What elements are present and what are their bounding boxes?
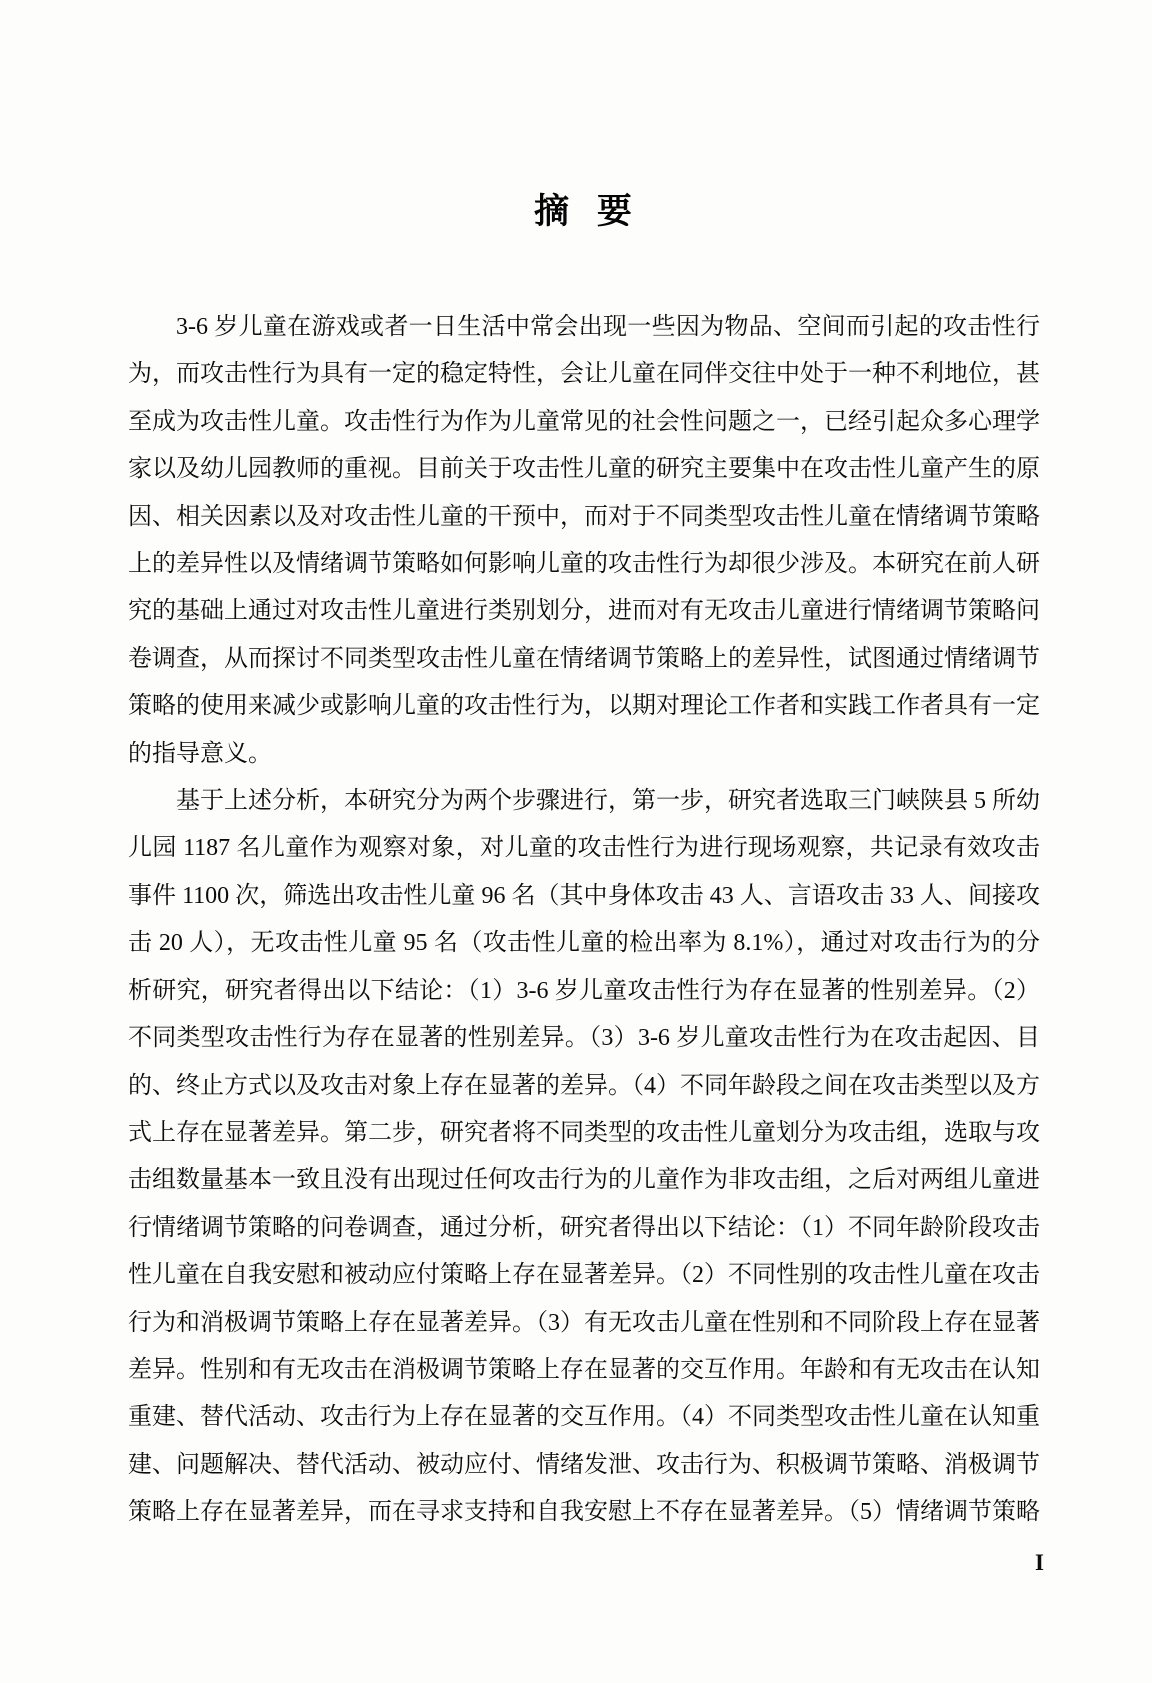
abstract-paragraph-1: 3-6 岁儿童在游戏或者一日生活中常会出现一些因为物品、空间而引起的攻击性行为，… bbox=[128, 304, 1040, 778]
page-title: 摘 要 bbox=[128, 192, 1040, 232]
abstract-paragraph-2: 基于上述分析，本研究分为两个步骤进行，第一步，研究者选取三门峡陕县 5 所幼儿园… bbox=[128, 778, 1040, 1537]
abstract-content: 摘 要 3-6 岁儿童在游戏或者一日生活中常会出现一些因为物品、空间而引起的攻击… bbox=[128, 192, 1040, 1537]
document-page: 摘 要 3-6 岁儿童在游戏或者一日生活中常会出现一些因为物品、空间而引起的攻击… bbox=[0, 0, 1152, 1683]
page-number: I bbox=[1035, 1550, 1044, 1576]
